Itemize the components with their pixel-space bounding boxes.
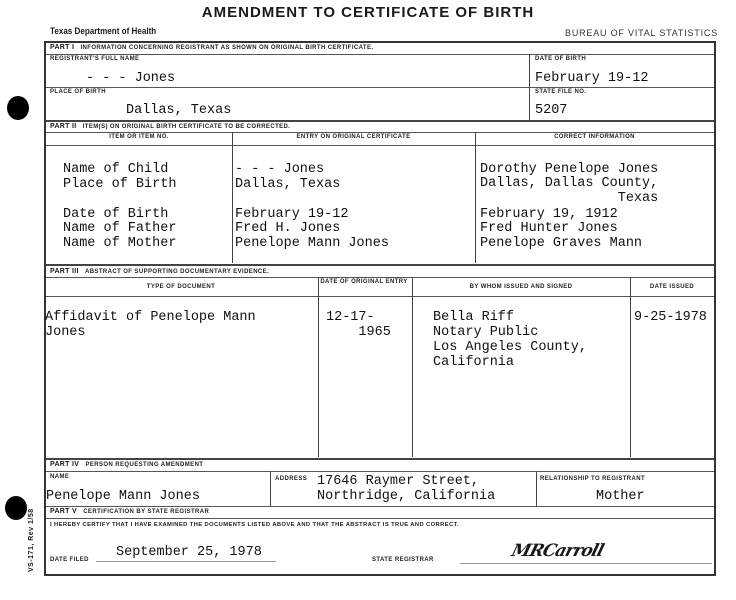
place-of-birth-label: PLACE OF BIRTH (50, 89, 106, 95)
part3-heading: PART III ABSTRACT OF SUPPORTING DOCUMENT… (50, 268, 269, 275)
part3-col-issued-by: BY WHOM ISSUED AND SIGNED (412, 284, 630, 290)
registrant-name-value: - - - Jones (86, 71, 175, 86)
part2-heading: PART II ITEM(S) ON ORIGINAL BIRTH CERTIF… (50, 123, 290, 130)
part3-col-date-issued: DATE ISSUED (630, 284, 714, 290)
part2-item: Name of Child (63, 162, 168, 177)
part5-heading: PART V CERTIFICATION BY STATE REGISTRAR (50, 508, 209, 515)
part3-col-type: TYPE OF DOCUMENT (46, 284, 316, 290)
certification-text: I HEREBY CERTIFY THAT I HAVE EXAMINED TH… (50, 522, 459, 528)
date-filed-value: September 25, 1978 (116, 545, 262, 560)
part3-date-original: 12-17- 1965 (326, 310, 391, 340)
state-registrar-label: STATE REGISTRAR (372, 557, 434, 563)
part2-col-correct: CORRECT INFORMATION (475, 134, 714, 140)
part4-heading: PART IV PERSON REQUESTING AMENDMENT (50, 461, 203, 468)
part2-correct: Dorothy Penelope Jones (480, 162, 658, 177)
part2-item: Date of Birth (63, 207, 168, 222)
punch-hole-top (7, 96, 29, 120)
part3-date-issued: 9-25-1978 (634, 310, 707, 325)
part5-label: PART V (50, 508, 77, 515)
part2-col-original: ENTRY ON ORIGINAL CERTIFICATE (232, 134, 475, 140)
punch-hole-bottom (5, 496, 27, 520)
address-label: ADDRESS (275, 476, 307, 482)
document-title: AMENDMENT TO CERTIFICATE OF BIRTH (0, 4, 736, 21)
place-of-birth-value: Dallas, Texas (126, 103, 231, 118)
part2-original: Fred H. Jones (235, 221, 340, 236)
registrant-name-label: REGISTRANT'S FULL NAME (50, 56, 139, 62)
bureau-name: BUREAU OF VITAL STATISTICS (565, 28, 718, 38)
address-line1: 17646 Raymer Street, (317, 474, 479, 489)
part1-label: PART I (50, 44, 74, 51)
part2-item: Name of Father (63, 221, 176, 236)
requester-name-label: NAME (50, 474, 69, 480)
form-number: VS-171, Rev 1/58 (28, 508, 35, 572)
state-file-no-label: STATE FILE NO. (535, 89, 586, 95)
part3-issued-by: Bella Riff Notary Public Los Angeles Cou… (433, 310, 587, 370)
part2-original: Penelope Mann Jones (235, 236, 389, 251)
part2-correct: Penelope Graves Mann (480, 236, 642, 251)
part2-item: Name of Mother (63, 236, 176, 251)
part2-original: February 19-12 (235, 207, 348, 222)
registrar-signature: MRCarroll (509, 541, 605, 561)
part2-original: Dallas, Texas (235, 177, 340, 192)
relationship-value: Mother (596, 489, 645, 504)
part1-heading-text: INFORMATION CONCERNING REGISTRANT AS SHO… (80, 45, 373, 51)
state-file-no-value: 5207 (535, 103, 567, 118)
part3-label: PART III (50, 268, 79, 275)
part2-label: PART II (50, 123, 76, 130)
part2-col-item: ITEM OR ITEM NO. (46, 134, 232, 140)
part3-col-date-original: DATE OF ORIGINAL ENTRY (318, 279, 410, 286)
part4-label: PART IV (50, 461, 79, 468)
part4-heading-text: PERSON REQUESTING AMENDMENT (85, 462, 203, 468)
date-of-birth-value: February 19-12 (535, 71, 648, 86)
agency-name: Texas Department of Health (50, 26, 156, 37)
date-filed-label: DATE FILED (50, 557, 89, 563)
part1-heading: PART I INFORMATION CONCERNING REGISTRANT… (50, 44, 373, 51)
part3-heading-text: ABSTRACT OF SUPPORTING DOCUMENTARY EVIDE… (85, 269, 269, 275)
part5-heading-text: CERTIFICATION BY STATE REGISTRAR (83, 509, 209, 515)
part2-correct: Dallas, Dallas County, Texas (480, 177, 658, 206)
part2-correct: February 19, 1912 (480, 207, 618, 222)
part2-item: Place of Birth (63, 177, 176, 192)
part2-original: - - - Jones (235, 162, 324, 177)
relationship-label: RELATIONSHIP TO REGISTRANT (540, 476, 645, 482)
part2-heading-text: ITEM(S) ON ORIGINAL BIRTH CERTIFICATE TO… (83, 124, 291, 130)
requester-name-value: Penelope Mann Jones (46, 489, 200, 504)
address-line2: Northridge, California (317, 489, 495, 504)
date-of-birth-label: DATE OF BIRTH (535, 56, 586, 62)
part2-correct: Fred Hunter Jones (480, 221, 618, 236)
part3-type: Affidavit of Penelope Mann Jones (45, 310, 256, 340)
